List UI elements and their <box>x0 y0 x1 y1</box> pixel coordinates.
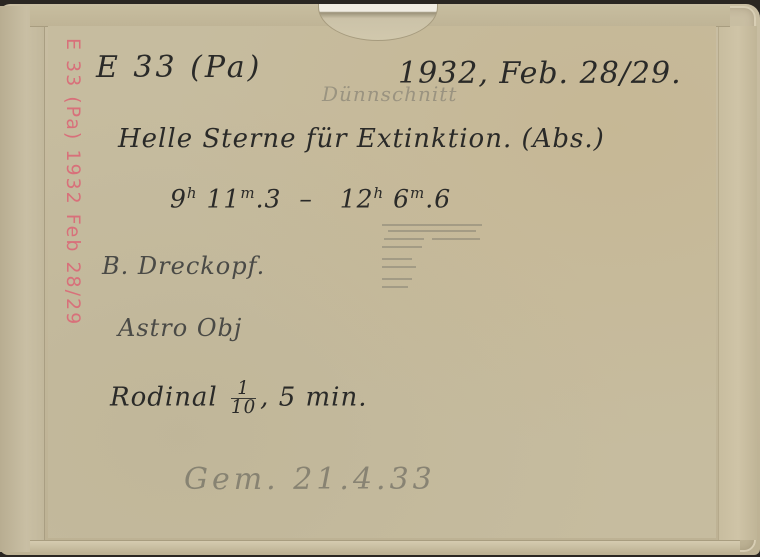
observation-date: 1932, Feb. 28/29. <box>398 56 682 91</box>
measured-date-note: Gem. 21.4.33 <box>184 462 436 497</box>
envelope-right-flap <box>718 26 757 540</box>
developer-separator: , <box>260 383 269 413</box>
start-minute: 11 <box>207 184 241 213</box>
dilution-fraction: 1 10 <box>231 380 256 417</box>
plate-emulsion: Astro Obj <box>118 314 242 342</box>
observer-name: B. Dreckopf. <box>102 252 265 280</box>
developer-info: Rodinal 1 10 , 5 min. <box>110 380 368 417</box>
minute-unit: m <box>240 184 255 202</box>
exposure-time-range: 9h 11m.3 – 12h 6m.6 <box>170 184 451 213</box>
developer-name: Rodinal <box>110 383 218 413</box>
envelope-bottom-flap <box>30 540 740 553</box>
start-minute-fraction: .3 <box>256 184 282 213</box>
plate-description: Helle Sterne für Extinktion. (Abs.) <box>118 124 605 154</box>
show-through-marks <box>382 222 482 294</box>
hour-unit: h <box>187 184 198 202</box>
envelope-left-flap <box>0 6 45 552</box>
start-hour: 9 <box>170 184 187 213</box>
development-time: 5 min. <box>279 383 368 413</box>
end-minute: 6 <box>393 184 410 213</box>
plate-id: E 33 (Pa) <box>96 50 262 85</box>
red-margin-note: E 33 (Pa) 1932 Feb 28/29 <box>62 38 84 326</box>
range-separator: – <box>299 184 313 213</box>
minute-unit: m <box>410 184 425 202</box>
dilution-denominator: 10 <box>231 399 256 417</box>
end-minute-fraction: .6 <box>425 184 451 213</box>
end-hour: 12 <box>340 184 374 213</box>
hour-unit: h <box>374 184 385 202</box>
